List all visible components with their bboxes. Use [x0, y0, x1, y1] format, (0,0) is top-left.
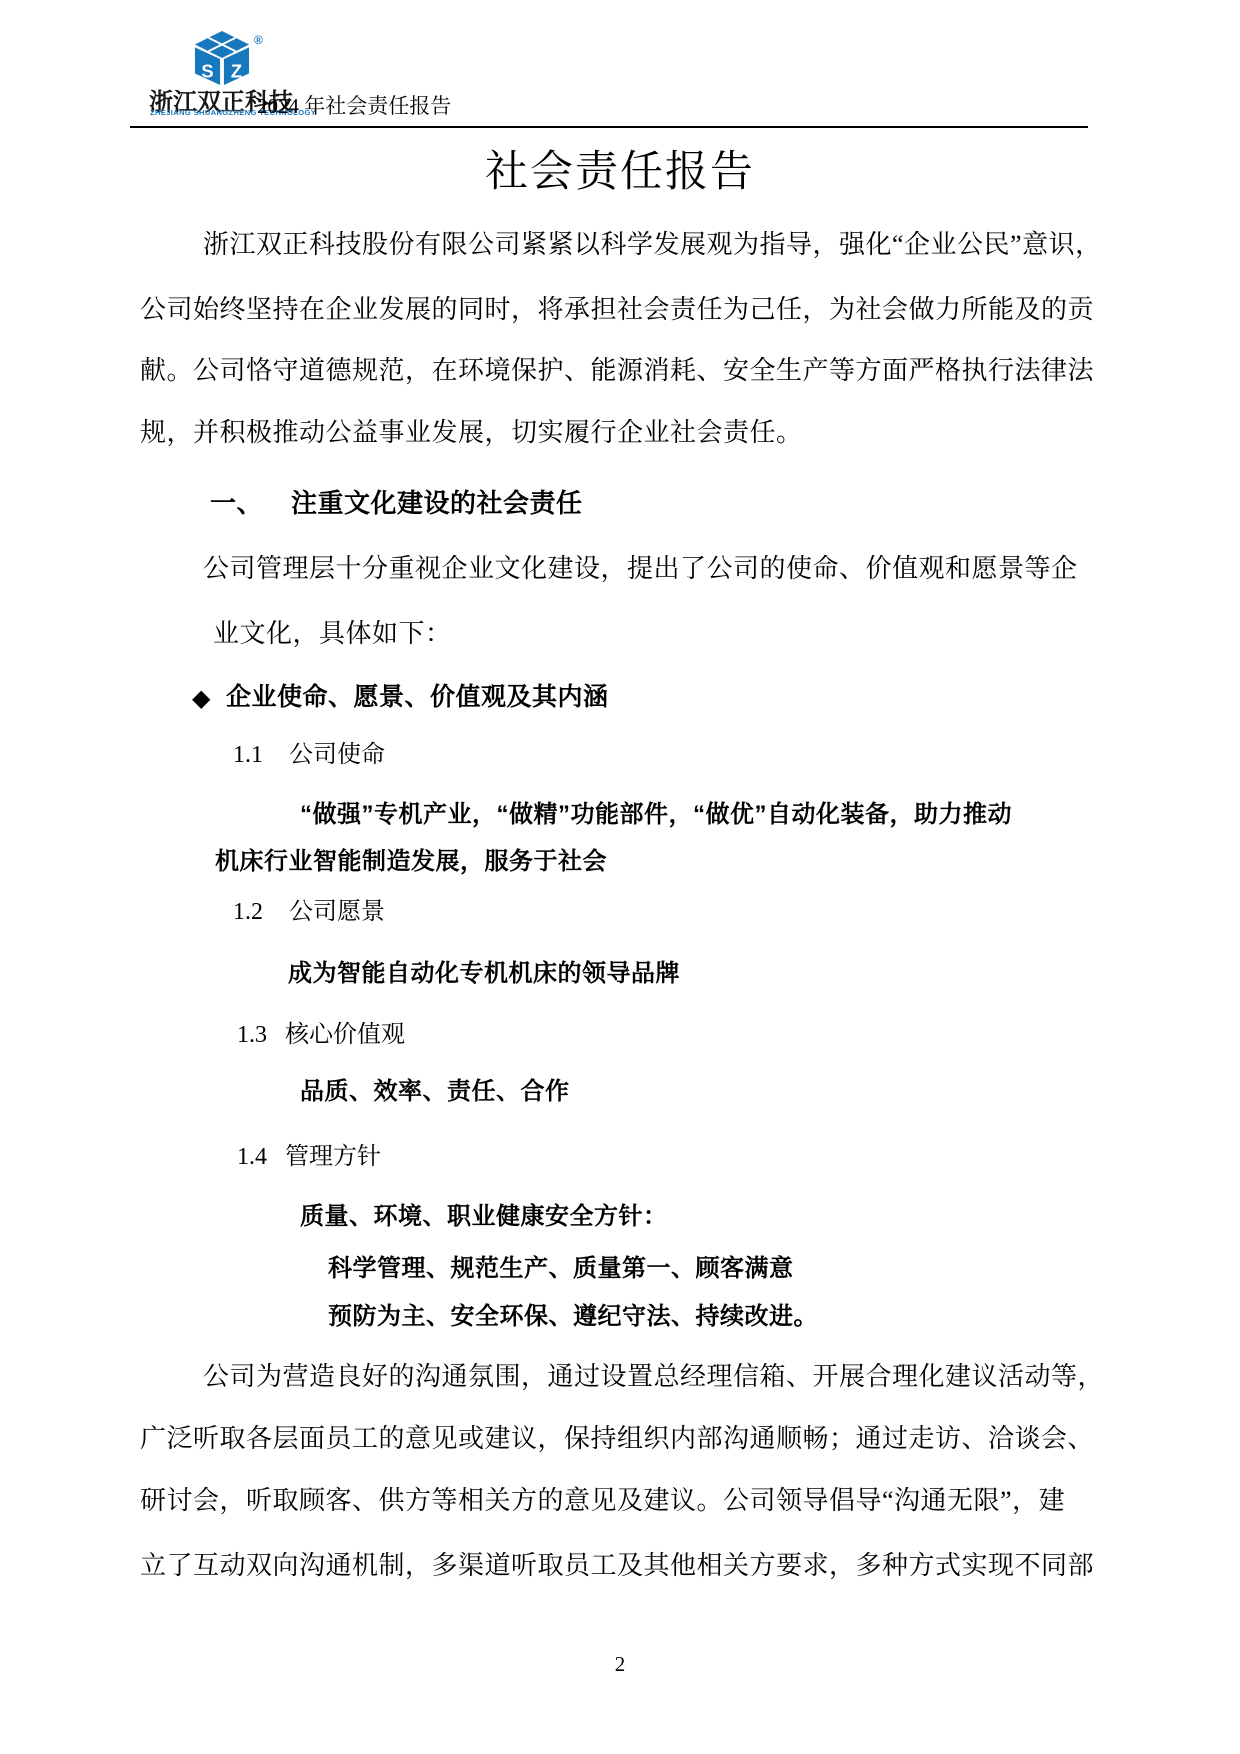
communication-line: 研讨会，听取顾客、供方等相关方的意见及建议。公司领导倡导“沟通无限”，建: [140, 1485, 1065, 1516]
communication-line: 立了互动双向沟通机制，多渠道听取员工及其他相关方要求，多种方式实现不同部: [140, 1550, 1094, 1581]
mission-line: “做强”专机产业，“做精”功能部件，“做优”自动化装备，助力推动: [300, 801, 1012, 830]
item-label: 管理方针: [285, 1143, 381, 1172]
document-page: S Z ® 浙江双正科技 ZHEJIANG SHUANGZHENG TECHNO…: [0, 0, 1240, 1754]
registered-trademark-icon: ®: [254, 33, 263, 47]
header-divider: [130, 126, 1088, 128]
list-item-1-3: 1.3 核心价值观: [237, 1021, 405, 1050]
diamond-bullet-icon: ◆: [192, 684, 211, 713]
item-number: 1.4: [237, 1143, 267, 1172]
section-1-heading: 一、 注重文化建设的社会责任: [210, 488, 583, 519]
item-number: 1.2: [233, 898, 263, 927]
communication-line: 广泛听取各层面员工的意见或建议，保持组织内部沟通顺畅；通过走访、洽谈会、: [140, 1423, 1094, 1454]
logo-letter-z: Z: [231, 60, 242, 81]
item-label: 公司使命: [289, 741, 385, 770]
communication-line: 公司为营造良好的沟通氛围，通过设置总经理信箱、开展合理化建议活动等，: [203, 1361, 1104, 1392]
intro-line: 规，并积极推动公益事业发展，切实履行企业社会责任。: [140, 417, 803, 448]
company-logo-cube-icon: S Z: [190, 30, 254, 86]
policy-line: 质量、环境、职业健康安全方针：: [300, 1203, 668, 1232]
culture-line: 公司管理层十分重视企业文化建设，提出了公司的使命、价值观和愿景等企: [203, 553, 1078, 584]
page-title: 社会责任报告: [0, 138, 1240, 199]
item-label: 核心价值观: [285, 1021, 405, 1050]
subheading-text: 企业使命、愿景、价值观及其内涵: [226, 683, 609, 713]
vision-statement: 成为智能自动化专机机床的领导品牌: [288, 960, 680, 989]
list-item-1-4: 1.4 管理方针: [237, 1143, 381, 1172]
item-number: 1.1: [233, 741, 263, 770]
item-label: 公司愿景: [289, 898, 385, 927]
policy-line: 预防为主、安全环保、遵纪守法、持续改进。: [328, 1303, 818, 1332]
section-1-number: 一、: [210, 488, 263, 519]
item-number: 1.3: [237, 1021, 267, 1050]
list-item-1-1: 1.1 公司使命: [233, 741, 385, 770]
section-1-title: 注重文化建设的社会责任: [291, 488, 583, 519]
intro-line: 浙江双正科技股份有限公司紧紧以科学发展观为指导，强化“企业公民”意识，: [203, 229, 1102, 260]
policy-line: 科学管理、规范生产、质量第一、顾客满意: [328, 1255, 794, 1284]
list-item-1-2: 1.2 公司愿景: [233, 898, 385, 927]
intro-line: 献。公司恪守道德规范，在环境保护、能源消耗、安全生产等方面严格执行法律法: [140, 355, 1094, 386]
core-values-statement: 品质、效率、责任、合作: [300, 1078, 570, 1107]
page-number: 2: [0, 1652, 1240, 1677]
logo-letter-s: S: [201, 60, 213, 81]
intro-line: 公司始终坚持在企业发展的同时，将承担社会责任为己任，为社会做力所能及的贡: [140, 294, 1094, 325]
culture-line: 业文化，具体如下：: [213, 618, 452, 649]
header-doc-label: 2024 年社会责任报告: [257, 90, 451, 120]
mission-line: 机床行业智能制造发展，服务于社会: [215, 848, 607, 877]
mission-vision-subheading: ◆ 企业使命、愿景、价值观及其内涵: [192, 683, 608, 713]
